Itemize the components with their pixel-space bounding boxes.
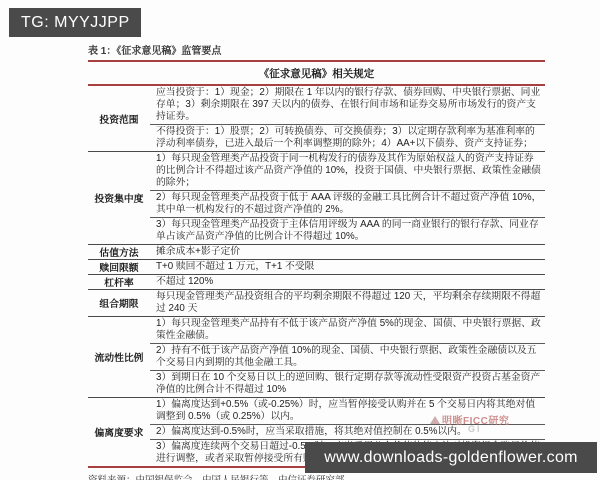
- watermark-faint-logo: GI: [468, 424, 482, 434]
- group-leverage-ratio: 杠杆率 不超过 120%: [88, 274, 545, 289]
- rule-cell: 应当投资于：1）现金；2）期限在 1 年以内的银行存款、债券回购、中央银行票据、…: [150, 86, 545, 124]
- group-investment-concentration: 投资集中度 1）每只现金管理类产品投资于同一机构发行的债券及其作为原始权益人的资…: [88, 151, 545, 244]
- row-label: 杠杆率: [88, 275, 150, 289]
- rule-cell: 1）每只现金管理类产品投资于同一机构发行的债券及其作为原始权益人的资产支持证券的…: [150, 152, 545, 190]
- rule-cell: 2）持有不低于该产品资产净值 10%的现金、国债、中央银行票据、政策性金融债以及…: [150, 343, 545, 370]
- website-url-bar: www.downloads-goldenflower.com: [305, 442, 597, 473]
- rule-cell: 3）每只现金管理类产品投资于主体信用评级为 AAA 的同一商业银行的银行存款、同…: [150, 217, 545, 244]
- row-label: 流动性比例: [88, 317, 150, 397]
- row-label: 投资集中度: [88, 152, 150, 244]
- table-header: 《征求意见稿》相关规定: [88, 62, 545, 86]
- table-title: 表 1：《征求意见稿》监管要点: [88, 42, 545, 62]
- row-label: 估值方法: [88, 245, 150, 259]
- telegram-handle-text: TG: MYYJJPP: [21, 14, 130, 32]
- rule-cell: 摊余成本+影子定价: [150, 245, 545, 259]
- row-label: 组合期限: [88, 290, 150, 316]
- group-liquidity-ratio: 流动性比例 1）每只现金管理类产品持有不低于该产品资产净值 5%的现金、国债、中…: [88, 316, 545, 397]
- row-label: 投资范围: [88, 86, 150, 151]
- row-label: 偏离度要求: [88, 398, 150, 466]
- rule-cell: 不超过 120%: [150, 275, 545, 289]
- table-body: 投资范围 应当投资于：1）现金；2）期限在 1 年以内的银行存款、债券回购、中央…: [88, 86, 545, 466]
- rule-cell: 2）每只现金管理类产品投资于低于 AAA 评级的金融工具比例合计不超过资产净值 …: [150, 190, 545, 217]
- rule-cell: 3）到期日在 10 个交易日以上的逆回购、银行定期存款等流动性受限资产投资占基金…: [150, 370, 545, 397]
- row-label: 赎回限额: [88, 260, 150, 274]
- group-portfolio-duration: 组合期限 每只现金管理类产品投资组合的平均剩余期限不得超过 120 天，平均剩余…: [88, 289, 545, 316]
- group-valuation-method: 估值方法 摊余成本+影子定价: [88, 244, 545, 259]
- group-redemption-limit: 赎回限额 T+0 赎回不超过 1 万元，T+1 不受限: [88, 259, 545, 274]
- telegram-handle-bar: TG: MYYJJPP: [9, 8, 141, 37]
- rule-cell: T+0 赎回不超过 1 万元，T+1 不受限: [150, 260, 545, 274]
- rule-cell: 不得投资于：1）股票；2）可转换债券、可交换债券；3）以定期存款利率为基准利率的…: [150, 124, 545, 151]
- group-investment-scope: 投资范围 应当投资于：1）现金；2）期限在 1 年以内的银行存款、债券回购、中央…: [88, 86, 545, 151]
- website-url-text: www.downloads-goldenflower.com: [324, 449, 578, 467]
- watermark-mountain-icon: [430, 416, 440, 424]
- rule-cell: 每只现金管理类产品投资组合的平均剩余期限不得超过 120 天，平均剩余存续期限不…: [150, 290, 545, 316]
- page: TG: MYYJJPP 表 1：《征求意见稿》监管要点 《征求意见稿》相关规定 …: [0, 0, 600, 480]
- rule-cell: 1）每只现金管理类产品持有不低于该产品资产净值 5%的现金、国债、中央银行票据、…: [150, 317, 545, 343]
